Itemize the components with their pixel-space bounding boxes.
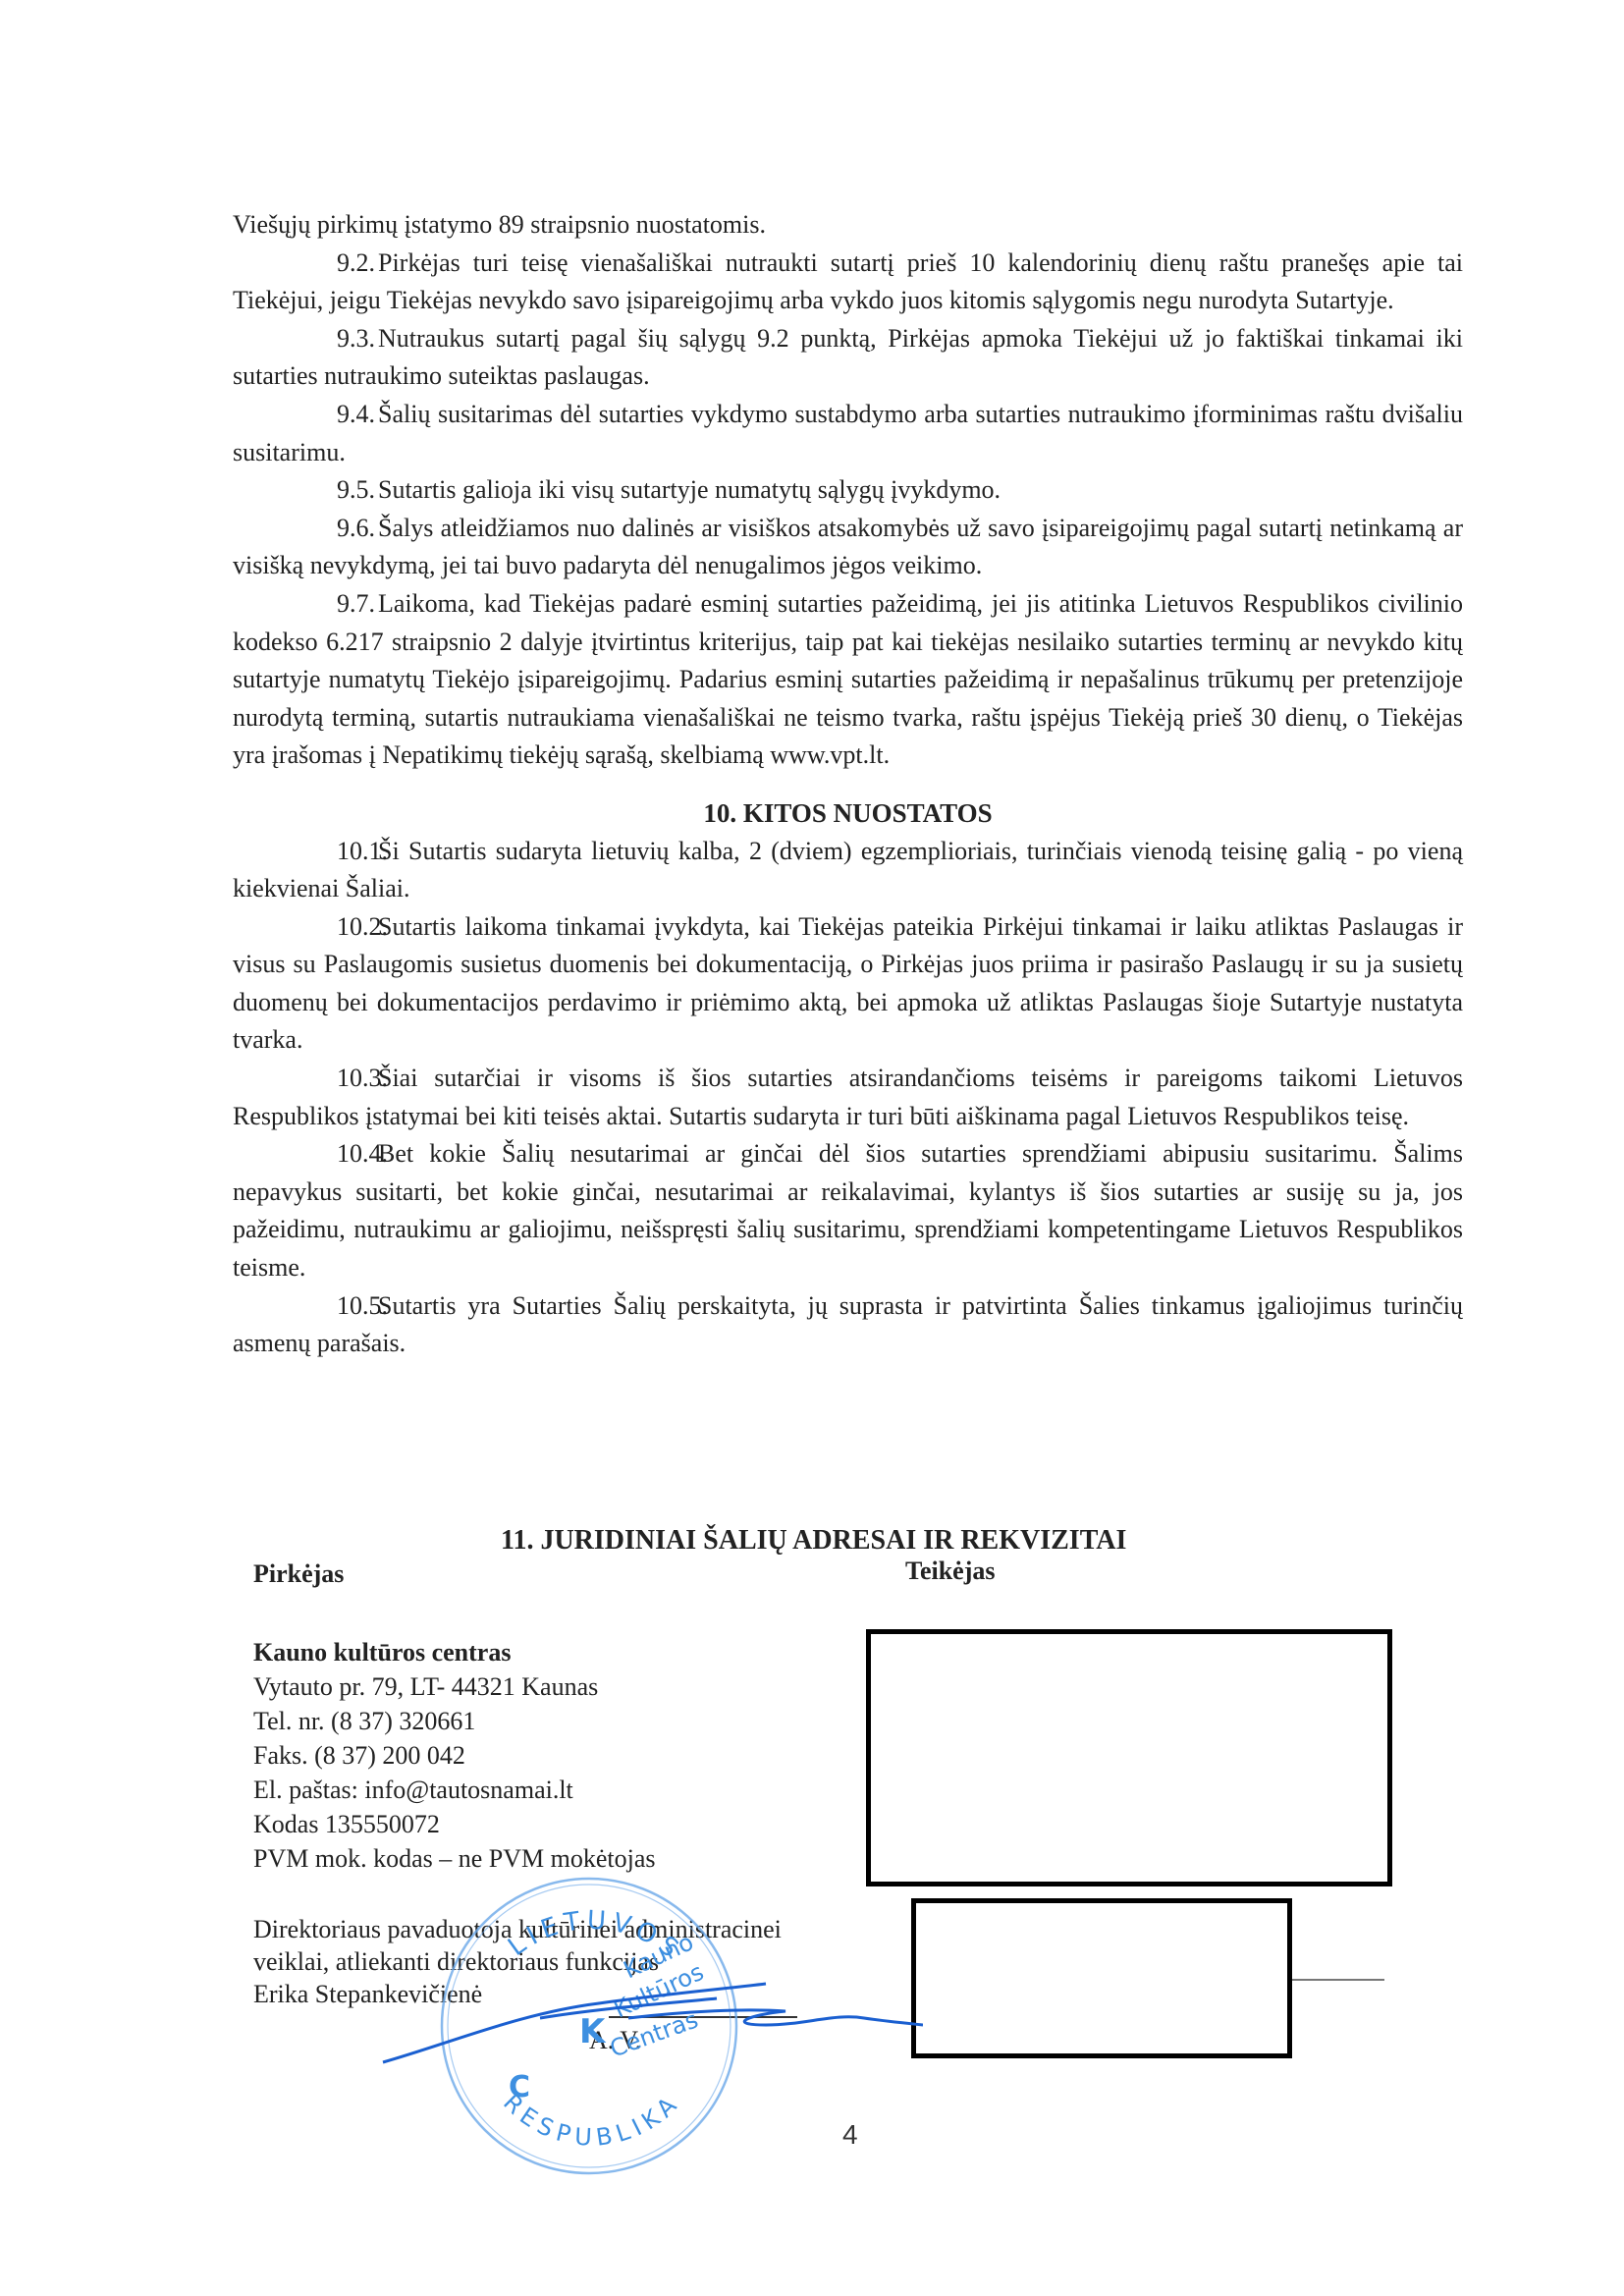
buyer-phone: Tel. nr. (8 37) 320661: [253, 1704, 656, 1738]
clause-text: Šalių susitarimas dėl sutarties vykdymo …: [233, 400, 1463, 466]
clause-item: 9.5.Sutartis galioja iki visų sutartyje …: [233, 471, 1463, 510]
clause-text: Ši Sutartis sudaryta lietuvių kalba, 2 (…: [233, 837, 1463, 903]
buyer-fax: Faks. (8 37) 200 042: [253, 1738, 656, 1773]
redacted-supplier-details: [866, 1629, 1392, 1886]
clause-number: 10.1.: [285, 833, 378, 871]
section-11-heading: 11. JURIDINIAI ŠALIŲ ADRESAI IR REKVIZIT…: [501, 1525, 1126, 1557]
buyer-details: Kauno kultūros centras Vytauto pr. 79, L…: [253, 1635, 656, 1876]
clause-text: Sutartis laikoma tinkamai įvykdyta, kai …: [233, 912, 1463, 1055]
clause-text: Nutraukus sutartį pagal šių sąlygų 9.2 p…: [233, 324, 1463, 391]
buyer-address: Vytauto pr. 79, LT- 44321 Kaunas: [253, 1669, 656, 1704]
buyer-code: Kodas 135550072: [253, 1807, 656, 1841]
buyer-signature-line: [609, 2016, 797, 2018]
clause-number: 9.5.: [285, 471, 378, 510]
section-10-heading: 10. KITOS NUOSTATOS: [233, 794, 1463, 833]
clause-item: 9.7.Laikoma, kad Tiekėjas padarė esminį …: [233, 585, 1463, 775]
clause-item: 10.4.Bet kokie Šalių nesutarimai ar ginč…: [233, 1135, 1463, 1286]
clause-text: Šiai sutarčiai ir visoms iš šios sutarti…: [233, 1064, 1463, 1130]
clause-item: 10.2.Sutartis laikoma tinkamai įvykdyta,…: [233, 908, 1463, 1060]
clause-item: 9.6.Šalys atleidžiamos nuo dalinės ar vi…: [233, 510, 1463, 585]
intro-line: Viešųjų pirkimų įstatymo 89 straipsnio n…: [233, 206, 1463, 245]
clause-number: 10.5.: [285, 1287, 378, 1326]
redacted-supplier-signature: [911, 1898, 1292, 2058]
clause-item: 9.2.Pirkėjas turi teisę vienašališkai nu…: [233, 245, 1463, 320]
clause-text: Laikoma, kad Tiekėjas padarė esminį suta…: [233, 589, 1463, 769]
clause-text: Pirkėjas turi teisę vienašališkai nutrau…: [233, 248, 1463, 315]
contract-body: Viešųjų pirkimų įstatymo 89 straipsnio n…: [233, 206, 1463, 1363]
buyer-vat: PVM mok. kodas – ne PVM mokėtojas: [253, 1841, 656, 1876]
clause-item: 9.4.Šalių susitarimas dėl sutarties vykd…: [233, 396, 1463, 471]
seal-mark: A. V.: [589, 2026, 641, 2055]
clause-text: Šalys atleidžiamos nuo dalinės ar visišk…: [233, 514, 1463, 580]
clause-item: 9.3.Nutraukus sutartį pagal šių sąlygų 9…: [233, 320, 1463, 396]
svg-text:RESPUBLIKA: RESPUBLIKA: [498, 2088, 685, 2152]
buyer-name: Kauno kultūros centras: [253, 1635, 656, 1669]
clause-item: 10.5.Sutartis yra Sutarties Šalių perska…: [233, 1287, 1463, 1363]
buyer-email: El. paštas: info@tautosnamai.lt: [253, 1773, 656, 1807]
clause-item: 10.3.Šiai sutarčiai ir visoms iš šios su…: [233, 1060, 1463, 1135]
svg-text:C: C: [509, 2070, 530, 2105]
document-page: Viešųjų pirkimų įstatymo 89 straipsnio n…: [0, 0, 1624, 2296]
clause-number: 9.3.: [285, 320, 378, 358]
supplier-signature-line: [1292, 1979, 1384, 1981]
clause-number: 10.4.: [285, 1135, 378, 1174]
clause-number: 9.4.: [285, 396, 378, 434]
clause-text: Sutartis yra Sutarties Šalių perskaityta…: [233, 1291, 1463, 1358]
section-10-list: 10.1.Ši Sutartis sudaryta lietuvių kalba…: [233, 833, 1463, 1363]
clause-text: Bet kokie Šalių nesutarimai ar ginčai dė…: [233, 1139, 1463, 1282]
signer-title-2: veiklai, atliekanti direktoriaus funkcij…: [253, 1945, 782, 1978]
clause-number: 10.2.: [285, 908, 378, 947]
clause-number: 9.6.: [285, 510, 378, 548]
clause-item: 10.1.Ši Sutartis sudaryta lietuvių kalba…: [233, 833, 1463, 908]
clause-number: 9.7.: [285, 585, 378, 624]
signer-title-1: Direktoriaus pavaduotoja kultūrinei admi…: [253, 1913, 782, 1945]
section-9-list: 9.2.Pirkėjas turi teisę vienašališkai nu…: [233, 245, 1463, 775]
clause-text: Sutartis galioja iki visų sutartyje numa…: [378, 475, 1001, 504]
signer-name: Erika Stepankevičienė: [253, 1978, 782, 2010]
buyer-label: Pirkėjas: [253, 1559, 344, 1589]
supplier-label: Teikėjas: [905, 1557, 996, 1586]
clause-number: 10.3.: [285, 1060, 378, 1098]
page-number: 4: [842, 2119, 858, 2151]
buyer-signer: Direktoriaus pavaduotoja kultūrinei admi…: [253, 1913, 782, 2010]
clause-number: 9.2.: [285, 245, 378, 283]
